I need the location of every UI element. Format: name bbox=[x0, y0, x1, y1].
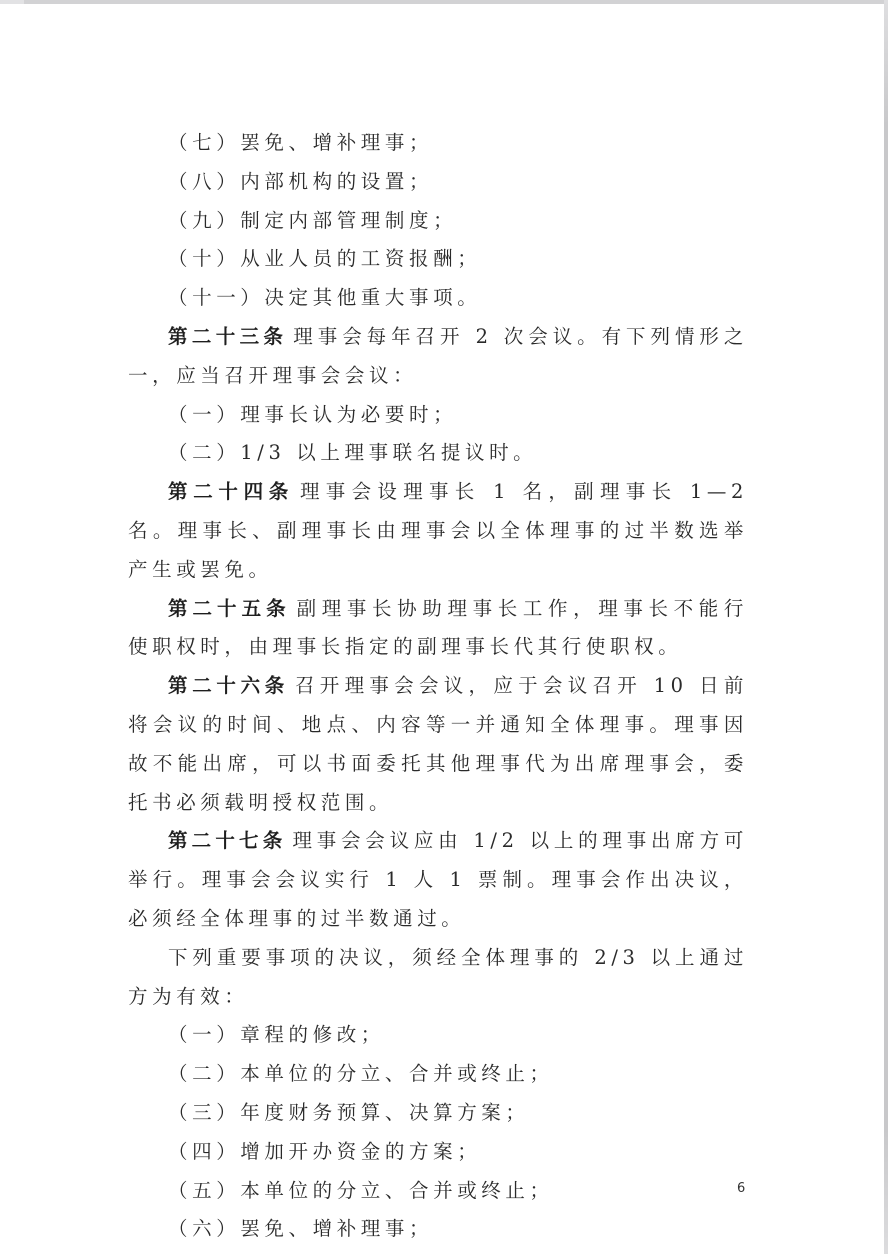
document-body: （七）罢免、增补理事； （八）内部机构的设置； （九）制定内部管理制度； （十）… bbox=[128, 124, 748, 1249]
list-item: （一）章程的修改； bbox=[128, 1016, 748, 1055]
list-item: （十一）决定其他重大事项。 bbox=[128, 279, 748, 318]
list-item: （七）罢免、增补理事； bbox=[128, 124, 748, 163]
list-item: （一）理事长认为必要时； bbox=[128, 396, 748, 435]
article-23: 第二十三条理事会每年召开 2 次会议。有下列情形之一，应当召开理事会会议： bbox=[128, 318, 748, 396]
list-item: （二）1/3 以上理事联名提议时。 bbox=[128, 434, 748, 473]
list-item: （五）本单位的分立、合并或终止； bbox=[128, 1172, 748, 1211]
article-24: 第二十四条理事会设理事长 1 名，副理事长 1—2 名。理事长、副理事长由理事会… bbox=[128, 473, 748, 589]
article-27: 第二十七条理事会会议应由 1/2 以上的理事出席方可举行。理事会会议实行 1 人… bbox=[128, 822, 748, 938]
list-item: （三）年度财务预算、决算方案； bbox=[128, 1094, 748, 1133]
list-item: （九）制定内部管理制度； bbox=[128, 202, 748, 241]
article-25: 第二十五条副理事长协助理事长工作，理事长不能行使职权时，由理事长指定的副理事长代… bbox=[128, 590, 748, 668]
right-edge-shadow bbox=[884, 0, 888, 1254]
list-item: （十）从业人员的工资报酬； bbox=[128, 240, 748, 279]
article-title: 第二十三条 bbox=[168, 325, 287, 348]
list-item: （四）增加开办资金的方案； bbox=[128, 1133, 748, 1172]
paragraph: 下列重要事项的决议，须经全体理事的 2/3 以上通过方为有效： bbox=[128, 939, 748, 1017]
article-26: 第二十六条召开理事会会议，应于会议召开 10 日前将会议的时间、地点、内容等一并… bbox=[128, 667, 748, 822]
page-number: 6 bbox=[737, 1181, 745, 1196]
article-title: 第二十六条 bbox=[168, 674, 289, 697]
article-title: 第二十七条 bbox=[168, 829, 286, 852]
article-title: 第二十四条 bbox=[168, 480, 294, 503]
document-page: （七）罢免、增补理事； （八）内部机构的设置； （九）制定内部管理制度； （十）… bbox=[0, 4, 884, 1254]
article-title: 第二十五条 bbox=[168, 597, 291, 620]
top-edge-shadow bbox=[0, 0, 24, 4]
list-item: （六）罢免、增补理事； bbox=[128, 1210, 748, 1249]
list-item: （二）本单位的分立、合并或终止； bbox=[128, 1055, 748, 1094]
list-item: （八）内部机构的设置； bbox=[128, 163, 748, 202]
